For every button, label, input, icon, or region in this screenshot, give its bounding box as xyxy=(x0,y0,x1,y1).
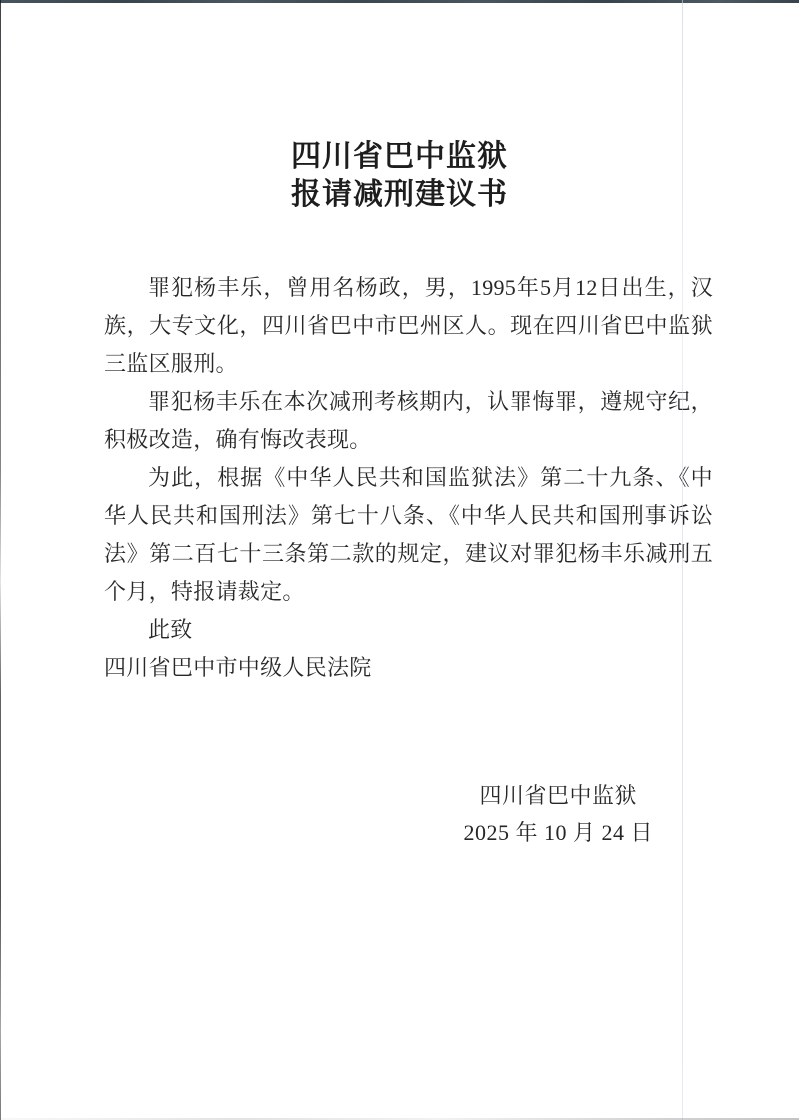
document-title-line2: 报请减刑建议书 xyxy=(0,176,799,214)
body-paragraph-performance: 罪犯杨丰乐在本次减刑考核期内，认罪悔罪，遵规守纪，积极改造，确有悔改表现。 xyxy=(104,383,713,459)
signature-organization: 四川省巴中监狱 xyxy=(463,777,653,814)
scanned-document-page: 四川省巴中监狱 报请减刑建议书 罪犯杨丰乐，曾用名杨政，男，1995年5月12日… xyxy=(0,0,799,1120)
closing-salute: 此致 xyxy=(104,611,713,649)
signature-block: 四川省巴中监狱 2025 年 10 月 24 日 xyxy=(463,777,653,851)
document-title-line1: 四川省巴中监狱 xyxy=(0,138,799,176)
recipient-court: 四川省巴中市中级人民法院 xyxy=(104,649,713,687)
scan-artifact-top-edge xyxy=(0,0,799,3)
document-title: 四川省巴中监狱 报请减刑建议书 xyxy=(0,0,799,214)
signature-date: 2025 年 10 月 24 日 xyxy=(463,814,653,851)
body-paragraph-legal-basis: 为此，根据《中华人民共和国监狱法》第二十九条、《中华人民共和国刑法》第七十八条、… xyxy=(104,459,713,611)
document-body: 罪犯杨丰乐，曾用名杨政，男，1995年5月12日出生，汉族，大专文化，四川省巴中… xyxy=(104,269,713,687)
scan-artifact-fold-line xyxy=(682,0,683,1120)
scan-artifact-left-edge xyxy=(0,0,1,1120)
body-paragraph-offender-info: 罪犯杨丰乐，曾用名杨政，男，1995年5月12日出生，汉族，大专文化，四川省巴中… xyxy=(104,269,713,383)
